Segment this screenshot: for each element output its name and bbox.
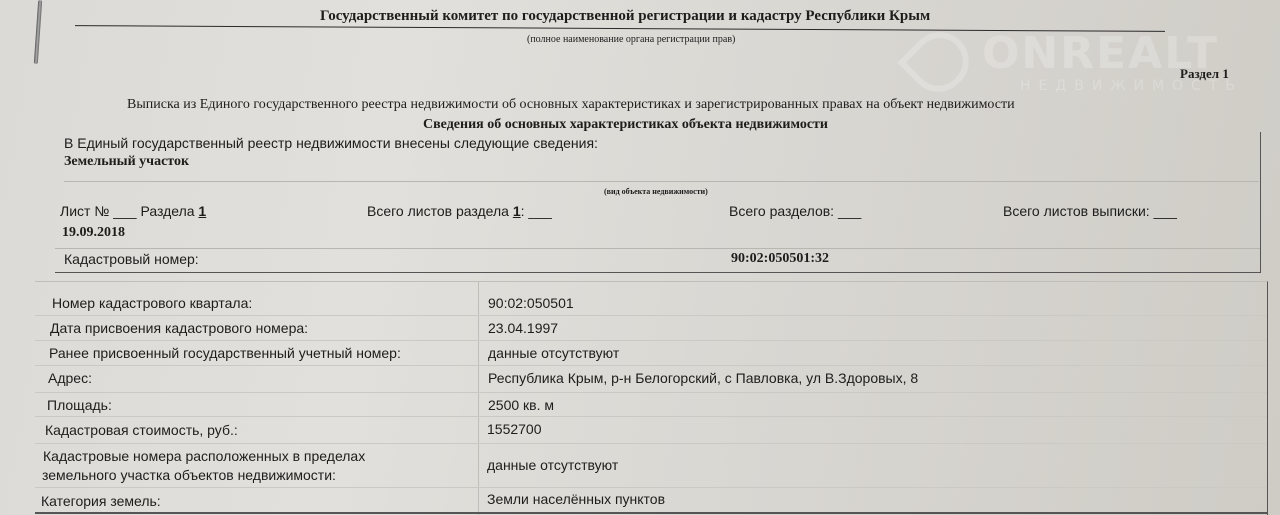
table-row-label: Ранее присвоенный государственный учетны… [49,345,401,361]
sheet-number: Лист № ___ Раздела 1 [60,203,206,219]
table-row-value: 23.04.1997 [488,320,558,336]
table-row-value: данные отсутствуют [487,457,618,473]
row-divider [35,487,1267,488]
extract-title: Выписка из Единого государственного реес… [127,97,1015,113]
section-of-value: 1 [198,203,206,219]
total-sheets-extract-label: Всего листов выписки: [1003,203,1150,219]
row-divider [35,443,1267,444]
table-row-label: Кадастровая стоимость, руб.: [45,422,238,438]
organization-name: Государственный комитет по государственн… [320,8,930,25]
intro-text: В Единый государственный реестр недвижим… [64,135,598,151]
house-logo-icon [897,20,980,103]
cadastral-number-label: Кадастровый номер: [64,251,199,267]
object-type-note: (вид объекта недвижимости) [604,187,708,196]
section-of-label: Раздела [140,203,194,219]
paper-clip [34,0,42,64]
total-sections-value: ___ [838,203,861,219]
table-row-label: Адрес: [48,370,92,386]
table-row-label: Категория земель: [41,493,161,509]
total-sections: Всего разделов: ___ [729,203,861,219]
watermark: ONREALT НЕДВИЖИМОСТЬ [910,28,1250,98]
table-row-value: данные отсутствуют [488,345,619,361]
table-row-label: Кадастровые номера расположенных в преде… [43,448,365,464]
sheet-no-label: Лист № [60,203,109,219]
table-row-label: Номер кадастрового квартала: [52,295,252,311]
row-divider [35,416,1267,417]
table-row-label: Площадь: [47,397,112,413]
total-sheets-section: Всего листов раздела 1: ___ [367,203,552,219]
total-sheets-section-value: 1 [513,203,521,219]
sheet-no-value: ___ [113,203,136,219]
table-row-value: 1552700 [487,421,542,437]
cadastral-number-value: 90:02:050501:32 [731,251,829,267]
table-row-value: 90:02:050501 [488,295,574,311]
table-bottom-border [35,512,1267,514]
table-row-label-continued: земельного участка объектов недвижимости… [42,467,336,483]
row-divider [35,392,1267,393]
row-divider [35,365,1267,366]
date-divider [55,248,1260,249]
total-sheets-extract-value: ___ [1154,203,1177,219]
document-subtitle: Сведения об основных характеристиках объ… [423,117,828,133]
table-row-value: Земли населённых пунктов [487,491,665,507]
organization-note: (полное наименование органа регистрации … [527,34,735,45]
row-divider [35,315,1267,316]
total-sheets-extract: Всего листов выписки: ___ [1003,203,1177,219]
total-sheets-section-blank: : ___ [521,203,552,219]
table-column-divider [478,281,479,515]
extract-date: 19.09.2018 [62,225,125,241]
table-row-value: 2500 кв. м [488,397,554,413]
total-sheets-section-label: Всего листов раздела [367,203,509,219]
row-divider [35,340,1267,341]
object-type: Земельный участок [64,154,189,170]
table-row-label: Дата присвоения кадастрового номера: [50,320,308,336]
table-row-value: Республика Крым, р-н Белогорский, с Павл… [488,370,918,386]
total-sections-label: Всего разделов: [729,203,834,219]
object-type-underline [64,181,1259,182]
section-label: Раздел 1 [1180,66,1229,82]
